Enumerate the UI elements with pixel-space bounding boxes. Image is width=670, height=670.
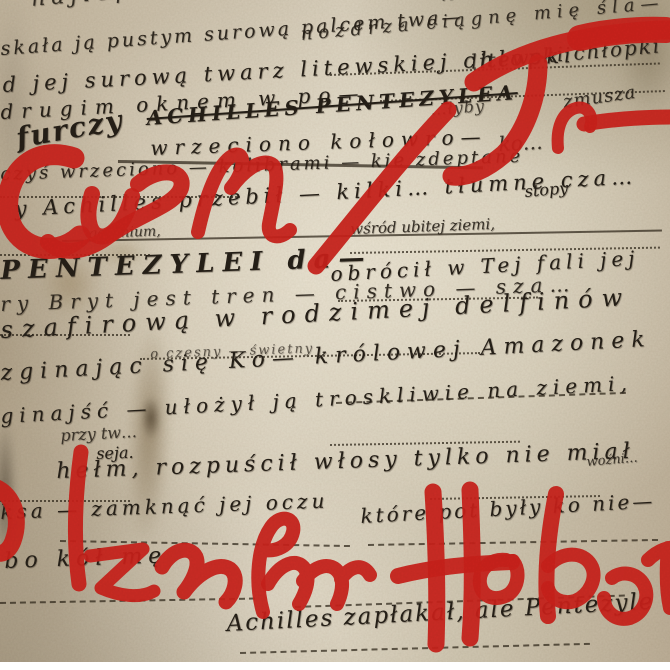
red-brush-stroke	[198, 155, 290, 237]
red-brush-stroke	[580, 30, 666, 38]
red-inscription-layer	[0, 0, 670, 670]
red-brush-stroke	[75, 452, 81, 584]
red-brush-stroke	[162, 550, 235, 602]
red-brush-stroke	[316, 110, 448, 266]
red-brush-stroke	[604, 574, 646, 619]
red-brush-stroke	[480, 560, 518, 598]
red-brush-stroke	[90, 549, 154, 596]
red-brush-stroke	[8, 155, 80, 249]
red-brush-stroke	[584, 117, 670, 124]
red-brush-stroke	[548, 555, 594, 603]
manuscript-scan: najlepsze zażyrowskik— i czapkęnozdrza c…	[0, 0, 670, 670]
red-brush-stroke	[268, 563, 370, 604]
red-brush-stroke	[0, 486, 16, 553]
bottom-white-margin	[0, 662, 670, 670]
